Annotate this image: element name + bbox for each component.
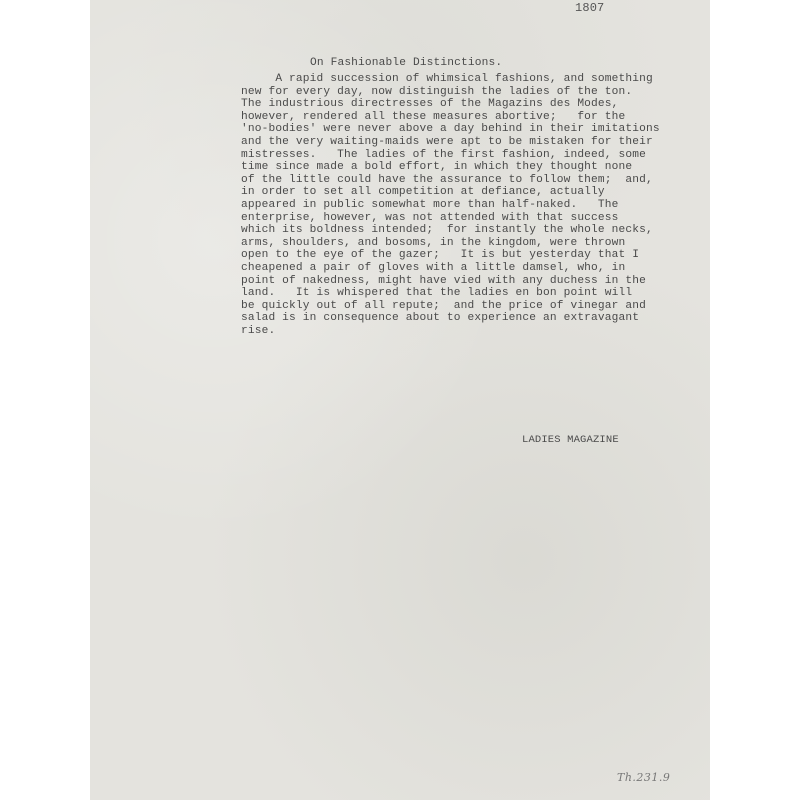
body-line: land. It is whispered that the ladies en… [241, 287, 781, 300]
body-line: rise. [241, 325, 781, 338]
body-line: A rapid succession of whimsical fashions… [241, 73, 781, 86]
body-line: however, rendered all these measures abo… [241, 111, 781, 124]
page-number: 1807 [575, 1, 604, 15]
document-title: On Fashionable Distinctions. [310, 57, 502, 69]
body-line: open to the eye of the gazer; It is but … [241, 249, 781, 262]
body-line: point of nakedness, might have vied with… [241, 275, 781, 288]
body-line: which its boldness intended; for instant… [241, 224, 781, 237]
body-line: new for every day, now distinguish the l… [241, 86, 781, 99]
source-attribution: LADIES MAGAZINE [522, 434, 619, 446]
body-line: and the very waiting-maids were apt to b… [241, 136, 781, 149]
body-line: The industrious directresses of the Maga… [241, 98, 781, 111]
body-line: cheapened a pair of gloves with a little… [241, 262, 781, 275]
body-line: arms, shoulders, and bosoms, in the king… [241, 237, 781, 250]
body-line: salad is in consequence about to experie… [241, 312, 781, 325]
body-line: enterprise, however, was not attended wi… [241, 212, 781, 225]
body-line: be quickly out of all repute; and the pr… [241, 300, 781, 313]
archive-mark: Th.231.9 [617, 771, 670, 784]
body-line: 'no-bodies' were never above a day behin… [241, 123, 781, 136]
typewritten-page: 1807 On Fashionable Distinctions. A rapi… [90, 0, 710, 800]
body-line: time since made a bold effort, in which … [241, 161, 781, 174]
body-line: mistresses. The ladies of the first fash… [241, 149, 781, 162]
body-line: of the little could have the assurance t… [241, 174, 781, 187]
body-line: in order to set all competition at defia… [241, 186, 781, 199]
body-line: appeared in public somewhat more than ha… [241, 199, 781, 212]
body-text: A rapid succession of whimsical fashions… [241, 73, 781, 337]
